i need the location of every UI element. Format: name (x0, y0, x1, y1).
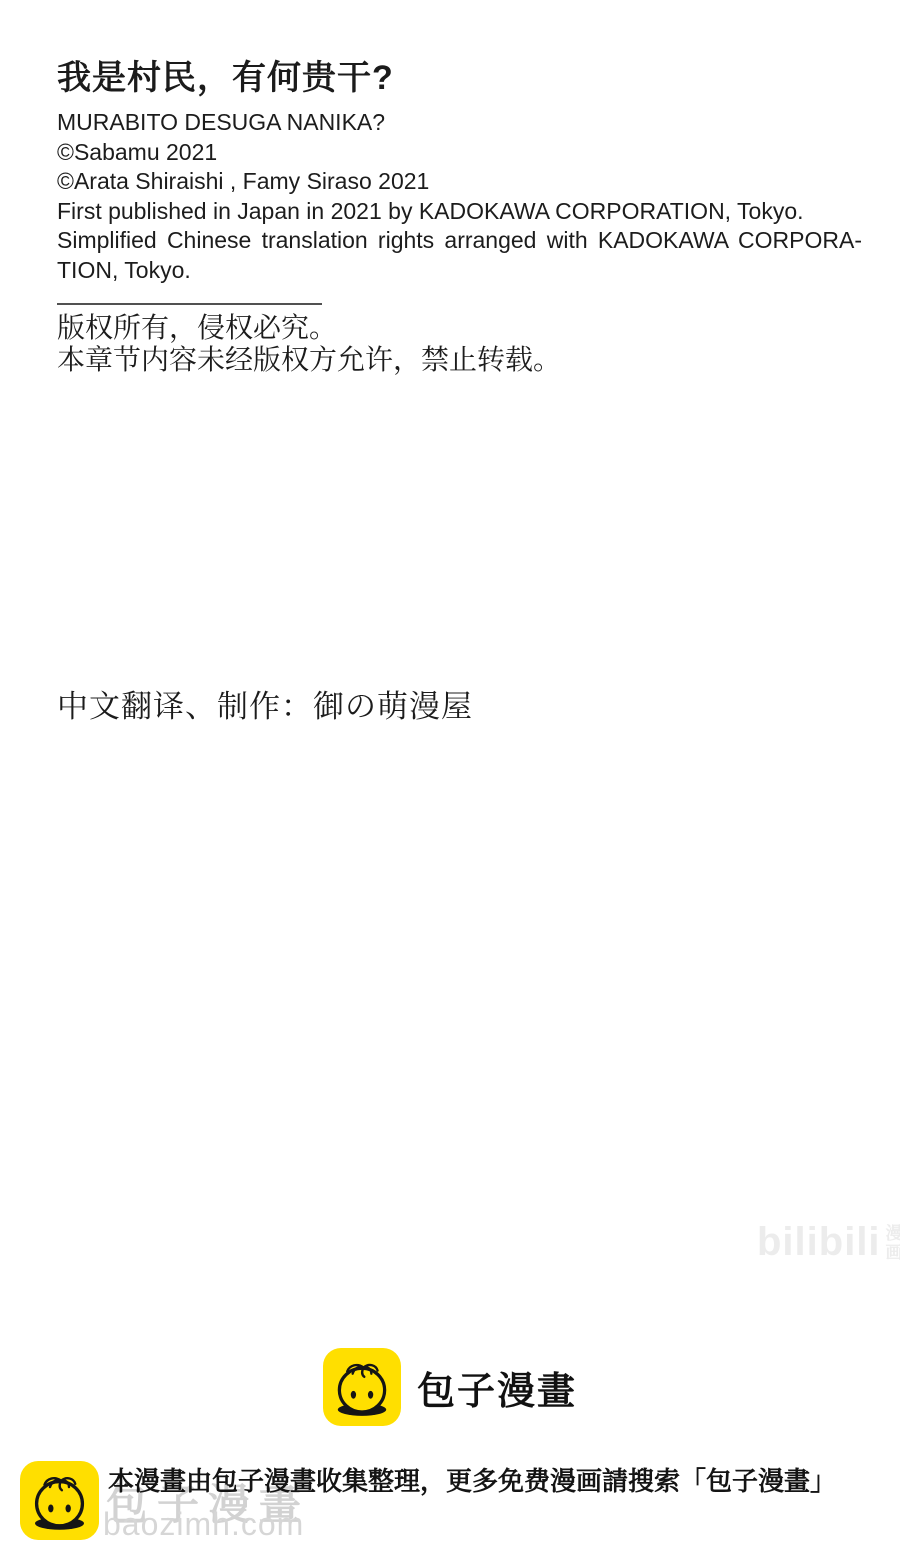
rights-notice: 版权所有，侵权必究。 本章节内容未经版权方允许，禁止转载。 (57, 312, 561, 376)
copyright-block: MURABITO DESUGA NANIKA? ©Sabamu 2021 ©Ar… (57, 108, 862, 286)
baozi-bun-icon (20, 1461, 99, 1540)
bilibili-manhua-bottom: 画 (886, 1243, 900, 1262)
bilibili-manhua-label: 漫 画 (886, 1224, 900, 1262)
copyright-line-rights-cont: TION, Tokyo. (57, 256, 862, 286)
bilibili-manhua-top: 漫 (886, 1224, 900, 1243)
bilibili-watermark: bilibili 漫 画 (757, 1220, 900, 1265)
page-title: 我是村民，有何贵干? (57, 50, 394, 99)
copyright-line-sabamu: ©Sabamu 2021 (57, 138, 862, 168)
footer-disclaimer: 本漫畫由包子漫畫收集整理，更多免费漫画請搜索「包子漫畫」 (108, 1461, 836, 1498)
copyright-line-authors: ©Arata Shiraishi , Famy Siraso 2021 (57, 167, 862, 197)
copyright-page: 我是村民，有何贵干? MURABITO DESUGA NANIKA? ©Saba… (0, 0, 900, 1566)
baozi-watermark-url: baozimh.com (103, 1506, 304, 1543)
baozi-brand-name: 包子漫畫 (417, 1360, 577, 1415)
translation-credit: 中文翻译、制作：御の萌漫屋 (57, 681, 473, 726)
divider-line (57, 303, 322, 305)
copyright-line-rights: Simplified Chinese translation rights ar… (57, 226, 862, 256)
copyright-line-first-published: First published in Japan in 2021 by KADO… (57, 197, 862, 227)
baozi-bun-icon (323, 1348, 401, 1426)
rights-notice-line2: 本章节内容未经版权方允许，禁止转载。 (57, 344, 561, 376)
copyright-line-romaji: MURABITO DESUGA NANIKA? (57, 108, 862, 138)
baozi-brand-lockup: 包子漫畫 (0, 1348, 900, 1426)
bilibili-logo-icon: bilibili (757, 1220, 881, 1265)
rights-notice-line1: 版权所有，侵权必究。 (57, 312, 561, 344)
